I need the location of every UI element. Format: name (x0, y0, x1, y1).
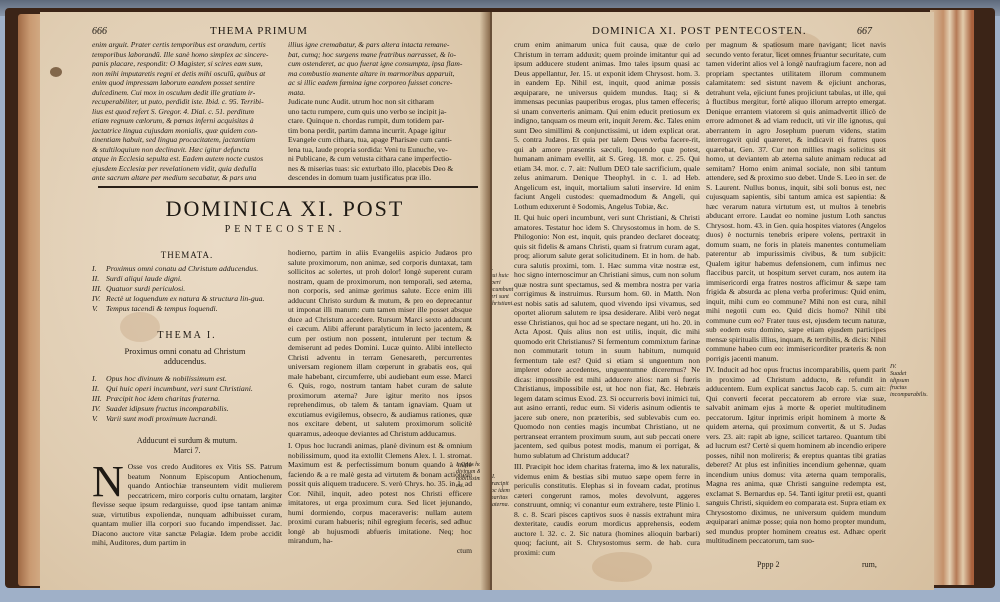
sermon-body-column-2: hodierno, partim in aliis Evangeliis asp… (288, 248, 472, 555)
running-head: DOMINICA XI. POST PENTECOSTEN. (592, 25, 807, 37)
right-page: DOMINICA XI. POST PENTECOSTEN. 667 II. Q… (492, 12, 934, 590)
thema-title: Proximus omni conatu ad Christum adducen… (110, 346, 260, 366)
scripture-verse: Adducunt ei surdum & mutum. (92, 436, 282, 445)
top-column-2: illius igne cremabatur, & pars altera in… (288, 40, 478, 183)
page-edges-right (930, 10, 974, 585)
margin-note-iii: III. Præcipit hoc idem charitas fraterna… (492, 474, 516, 509)
thema-point: IV.Suadet idipsum fructus incomparabilis… (92, 404, 284, 414)
right-column-2: per magnum & spatiosum mare navigant; li… (706, 40, 886, 546)
catchword: ctum (288, 546, 472, 556)
thema-points-list: I.Opus hoc divinum & nobilissimum est. I… (92, 374, 284, 424)
section-rule (98, 186, 478, 188)
thema-point: III.Præcipit hoc idem charitas fraterna. (92, 394, 284, 404)
themata-heading: THEMATA. (92, 250, 282, 260)
page-number: 666 (92, 26, 107, 37)
drop-cap: N (92, 464, 124, 500)
left-page: 666 THEMA PRIMUM enim arguit. Prater cer… (40, 12, 488, 590)
themata-item: I.Proximus omni conatu ad Christum adduc… (92, 264, 284, 274)
thema-point: I.Opus hoc divinum & nobilissimum est. (92, 374, 284, 384)
section-title: DOMINICA XI. POST (90, 196, 480, 222)
running-head: THEMA PRIMUM (210, 25, 308, 37)
themata-item: IV.Rectè ut loquendum ex natura & struct… (92, 294, 284, 304)
ink-stain (50, 67, 62, 77)
sermon-body-column-1: N Osse vos credo Auditores ex Vitis SS. … (92, 462, 282, 548)
section-subtitle: PENTECOSTEN. (90, 224, 480, 235)
top-column-1: enim arguit. Prater certis temporibus es… (92, 40, 282, 183)
thema-point: II.Qui huic operi incumbunt, veri sunt C… (92, 384, 284, 394)
thema-heading: THEMA I. (92, 330, 282, 341)
catchword: rum, (862, 560, 877, 569)
themata-item: V.Tempus tacendi & tempus loquendi. (92, 304, 284, 314)
margin-note-ii: II. Qui huic operi incumbunt veri sunt C… (492, 266, 516, 308)
margin-note-iv: IV. Suadet idipsum fructus incomparabili… (890, 364, 924, 399)
scripture-reference: Marci 7. (92, 446, 282, 455)
themata-list: I.Proximus omni conatu ad Christum adduc… (92, 264, 284, 314)
page-number: 667 (857, 26, 872, 37)
themata-item: II.Surdi aliqui laude digni. (92, 274, 284, 284)
thema-point: V.Varii sunt modi proximum lucrandi. (92, 414, 284, 424)
signature-mark: Pppp 2 (757, 560, 779, 569)
themata-item: III.Quatuor surdi periculosi. (92, 284, 284, 294)
right-column-1: crum enim animarum unica fuit causa, quæ… (514, 40, 700, 557)
